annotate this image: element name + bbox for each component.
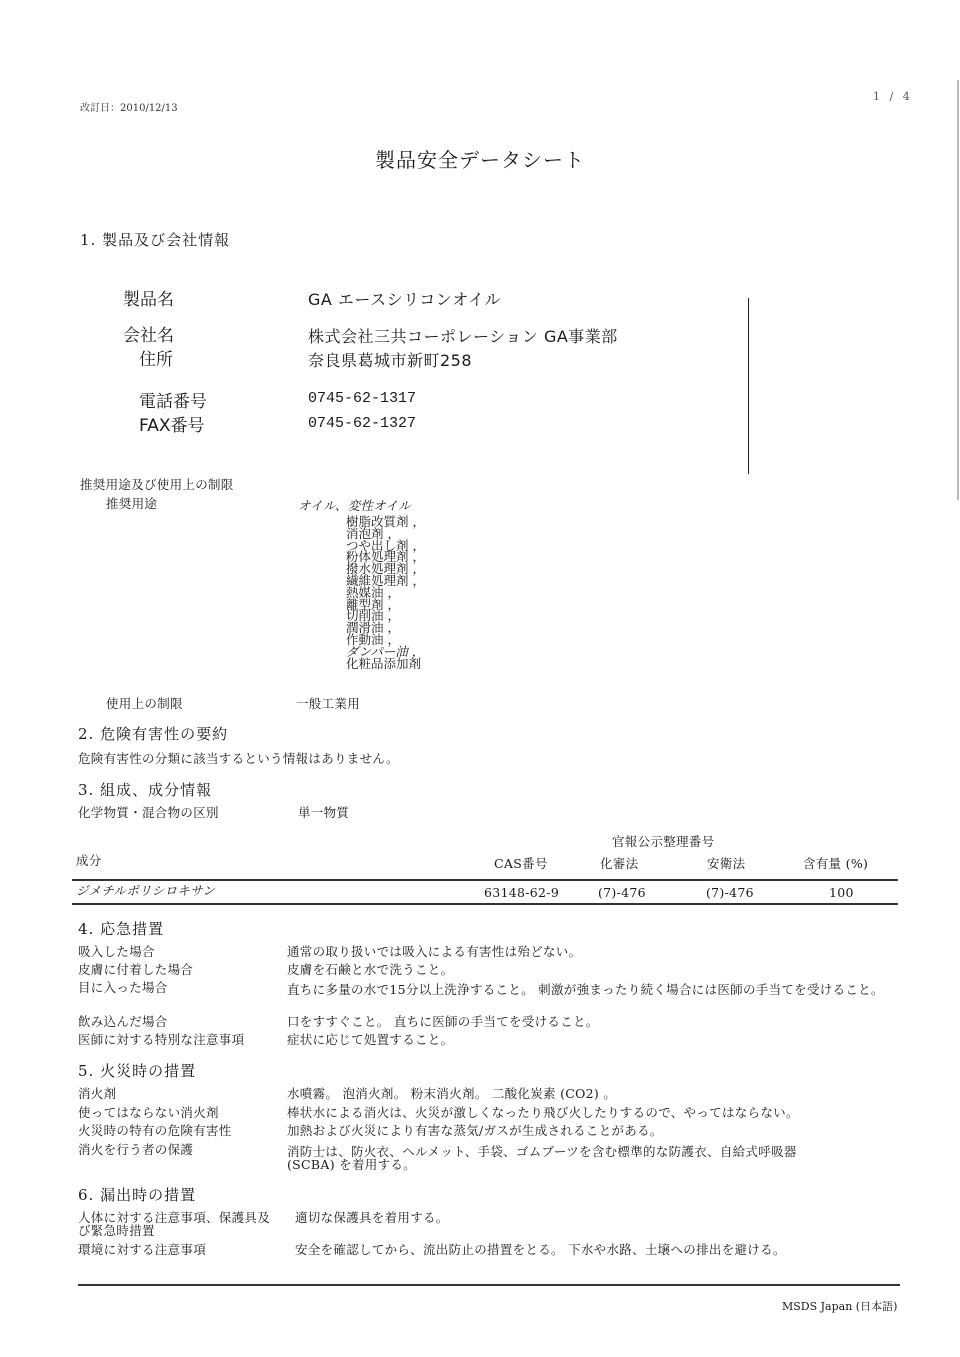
company-label: 会社名 xyxy=(123,321,174,346)
fire-hazards-text: 加熱および火災により有害な蒸気/ガスが生成されることがある。 xyxy=(287,1124,663,1138)
first-aid-inhalation-text: 通常の取り扱いでは吸入による有害性は殆どない。 xyxy=(287,945,581,959)
col-header-cas: CAS番号 xyxy=(494,857,548,871)
restriction-label: 使用上の制限 xyxy=(106,697,183,711)
component-name: ジメチルポリシロキサン xyxy=(76,884,215,898)
firefighter-protection-label: 消火を行う者の保護 xyxy=(78,1143,193,1157)
gazette-number-header: 官報公示整理番号 xyxy=(612,835,714,849)
col-header-kashinho: 化審法 xyxy=(600,857,638,871)
recommended-use-label: 推奨用途 xyxy=(106,497,157,511)
first-aid-physician-text: 症状に応じて処置すること。 xyxy=(287,1033,453,1047)
firefighter-protection-text: 消防士は、防火衣、ヘルメット、手袋、ゴムブーツを含む標準的な防護衣、自給式呼吸器… xyxy=(287,1145,847,1171)
revision-date: 改訂日：2010/12/13 xyxy=(80,99,178,114)
restriction-value: 一般工業用 xyxy=(296,697,360,711)
content-percent: 100 xyxy=(829,886,854,900)
document-title: 製品安全データシート xyxy=(0,144,960,173)
section2-heading: 2. 危険有害性の要約 xyxy=(78,723,228,744)
page-number: 1 / 4 xyxy=(873,90,913,103)
first-aid-eyes-label: 目に入った場合 xyxy=(78,981,168,995)
fire-media-text: 水噴霧。 泡消火剤。 粉末消火剤。 二酸化炭素 (CO2) 。 xyxy=(287,1087,616,1101)
company-box-line xyxy=(748,298,749,474)
address: 奈良県葛城市新町258 xyxy=(308,348,472,371)
phone-number: 0745-62-1317 xyxy=(308,390,416,407)
spill-personal-label: 人体に対する注意事項、保護具及び緊急時措置 xyxy=(78,1211,278,1237)
recommended-use-list: 樹脂改質剤 ， 消泡剤 ， つや出し剤 ， 粉体処理剤 ， 撥水処理剤 ， 繊維… xyxy=(346,516,425,669)
spill-environment-text: 安全を確認してから、流出防止の措置をとる。 下水や水路、土壌への排出を避ける。 xyxy=(295,1243,786,1257)
table-top-rule xyxy=(72,879,898,881)
section1-heading: 1. 製品及び会社情報 xyxy=(80,229,230,250)
first-aid-ingestion-text: 口をすすぐこと。 直ちに医師の手当てを受けること。 xyxy=(287,1015,599,1029)
recommended-use-first: オイル、変性オイル xyxy=(298,499,411,513)
fire-unsuitable-text: 棒状水による消火は、火災が激しくなったり飛び火したりするので、やってはならない。 xyxy=(287,1106,799,1120)
section3-heading: 3. 組成、成分情報 xyxy=(78,779,212,800)
first-aid-skin-label: 皮膚に付着した場合 xyxy=(78,963,193,977)
section4-heading: 4. 応急措置 xyxy=(78,918,164,939)
classification-value: 単一物質 xyxy=(298,806,349,820)
first-aid-ingestion-label: 飲み込んだ場合 xyxy=(78,1015,168,1029)
col-header-content: 含有量 (%) xyxy=(803,857,868,871)
uses-heading: 推奨用途及び使用上の制限 xyxy=(80,478,234,492)
fire-hazards-label: 火災時の特有の危険有害性 xyxy=(78,1124,232,1138)
kashinho-number: (7)-476 xyxy=(598,886,646,900)
footer-rule xyxy=(78,1284,900,1286)
footer-text: MSDS Japan (日本語) xyxy=(782,1298,897,1314)
product-name: GA エースシリコンオイル xyxy=(308,287,501,310)
anneiho-number: (7)-476 xyxy=(706,886,754,900)
classification-label: 化学物質・混合物の区別 xyxy=(78,806,219,820)
first-aid-inhalation-label: 吸入した場合 xyxy=(78,945,155,959)
first-aid-physician-label: 医師に対する特別な注意事項 xyxy=(78,1033,244,1047)
fax-label: FAX番号 xyxy=(139,411,205,436)
phone-label: 電話番号 xyxy=(139,387,207,412)
section6-heading: 6. 漏出時の措置 xyxy=(78,1184,196,1205)
table-bottom-rule xyxy=(72,903,898,905)
address-label: 住所 xyxy=(139,345,173,370)
fax-number: 0745-62-1327 xyxy=(308,415,416,432)
use-item: 化粧品添加剤 xyxy=(346,658,425,670)
col-header-component: 成分 xyxy=(76,854,102,868)
first-aid-skin-text: 皮膚を石鹸と水で洗うこと。 xyxy=(287,963,453,977)
first-aid-eyes-text: 直ちに多量の水で15分以上洗浄すること。 刺激が強まったり続く場合には医師の手当… xyxy=(287,983,887,996)
section2-text: 危険有害性の分類に該当するという情報はありません。 xyxy=(78,752,399,766)
spill-personal-text: 適切な保護具を着用する。 xyxy=(295,1211,449,1225)
fire-media-label: 消火剤 xyxy=(78,1087,116,1101)
company-name: 株式会社三共コーポレーション GA事業部 xyxy=(308,324,618,347)
spill-environment-label: 環境に対する注意事項 xyxy=(78,1243,206,1257)
col-header-anneiho: 安衛法 xyxy=(707,857,745,871)
page-border-line xyxy=(957,80,959,500)
product-name-label: 製品名 xyxy=(123,285,174,310)
cas-number: 63148-62-9 xyxy=(484,886,559,900)
section5-heading: 5. 火災時の措置 xyxy=(78,1060,196,1081)
fire-unsuitable-label: 使ってはならない消火剤 xyxy=(78,1106,219,1120)
